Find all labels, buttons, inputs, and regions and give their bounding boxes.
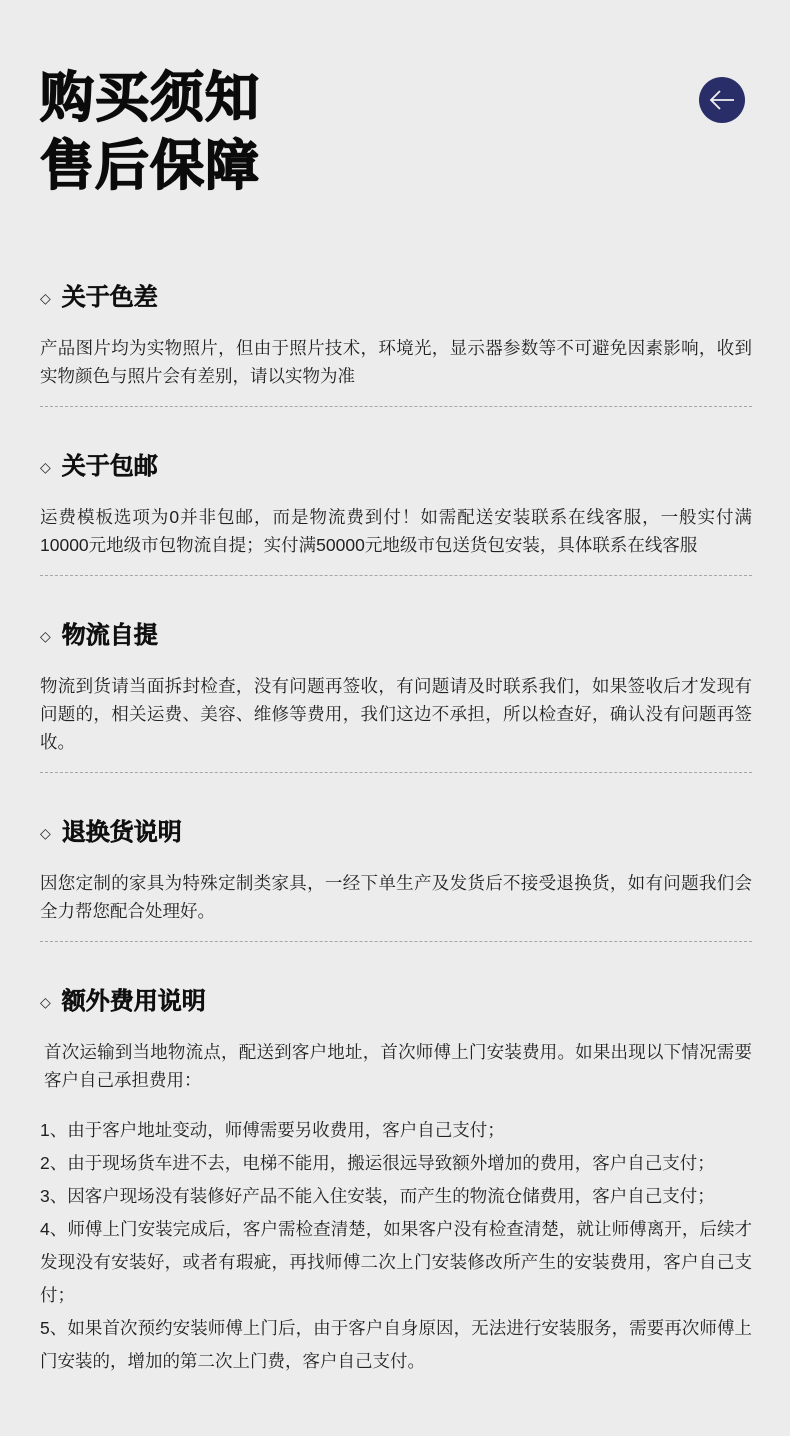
diamond-bullet-icon: ◇ [40, 986, 51, 1018]
fee-list-item-5: 5、如果首次预约安装师傅上门后，由于客户自身原因，无法进行安装服务，需要再次师傅… [40, 1312, 752, 1378]
section-body: 首次运输到当地物流点，配送到客户地址，首次师傅上门安装费用。如果出现以下情况需要… [40, 1038, 752, 1094]
page-title-line1: 购买须知 [40, 64, 750, 132]
dashed-divider [40, 941, 752, 942]
section-logistics-pickup: ◇ 物流自提 物流到货请当面拆封检查，没有问题再签收，有问题请及时联系我们，如果… [40, 620, 752, 773]
section-heading: ◇ 额外费用说明 [40, 986, 752, 1018]
section-return-policy: ◇ 退换货说明 因您定制的家具为特殊定制类家具，一经下单生产及发货后不接受退换货… [40, 817, 752, 942]
section-body: 物流到货请当面拆封检查，没有问题再签收，有问题请及时联系我们，如果签收后才发现有… [40, 672, 752, 756]
section-heading: ◇ 关于包邮 [40, 451, 752, 483]
diamond-bullet-icon: ◇ [40, 282, 51, 314]
section-heading-text: 关于色差 [62, 282, 158, 314]
back-arrow-icon [708, 89, 736, 111]
dashed-divider [40, 772, 752, 773]
diamond-bullet-icon: ◇ [40, 620, 51, 652]
section-body: 运费模板选项为0并非包邮，而是物流费到付！如需配送安装联系在线客服，一般实付满1… [40, 503, 752, 559]
section-color-difference: ◇ 关于色差 产品图片均为实物照片，但由于照片技术，环境光，显示器参数等不可避免… [40, 282, 752, 407]
section-heading-text: 物流自提 [62, 620, 158, 652]
dashed-divider [40, 575, 752, 576]
section-free-shipping: ◇ 关于包邮 运费模板选项为0并非包邮，而是物流费到付！如需配送安装联系在线客服… [40, 451, 752, 576]
section-heading: ◇ 退换货说明 [40, 817, 752, 849]
diamond-bullet-icon: ◇ [40, 451, 51, 483]
page-title-line2: 售后保障 [40, 132, 750, 200]
purchase-notice-page: 购买须知 售后保障 ◇ 关于色差 产品图片均为实物照片，但由于照片技术，环境光，… [0, 0, 790, 1436]
section-heading-text: 额外费用说明 [62, 986, 206, 1018]
section-heading-text: 关于包邮 [62, 451, 158, 483]
fee-list: 1、由于客户地址变动，师傅需要另收费用，客户自己支付； 2、由于现场货车进不去，… [40, 1114, 752, 1378]
diamond-bullet-icon: ◇ [40, 817, 51, 849]
section-body: 因您定制的家具为特殊定制类家具，一经下单生产及发货后不接受退换货，如有问题我们会… [40, 869, 752, 925]
fee-list-item-1: 1、由于客户地址变动，师傅需要另收费用，客户自己支付； [40, 1114, 752, 1147]
section-heading-text: 退换货说明 [62, 817, 182, 849]
dashed-divider [40, 406, 752, 407]
back-button[interactable] [699, 77, 745, 123]
page-title: 购买须知 售后保障 [40, 64, 750, 200]
fee-list-item-3: 3、因客户现场没有装修好产品不能入住安装，而产生的物流仓储费用，客户自己支付； [40, 1180, 752, 1213]
section-heading: ◇ 物流自提 [40, 620, 752, 652]
section-extra-fees: ◇ 额外费用说明 首次运输到当地物流点，配送到客户地址，首次师傅上门安装费用。如… [40, 986, 752, 1378]
section-body: 产品图片均为实物照片，但由于照片技术，环境光，显示器参数等不可避免因素影响，收到… [40, 334, 752, 390]
fee-list-item-2: 2、由于现场货车进不去，电梯不能用，搬运很远导致额外增加的费用，客户自己支付； [40, 1147, 752, 1180]
fee-list-item-4: 4、师傅上门安装完成后，客户需检查清楚，如果客户没有检查清楚，就让师傅离开，后续… [40, 1213, 752, 1312]
section-heading: ◇ 关于色差 [40, 282, 752, 314]
